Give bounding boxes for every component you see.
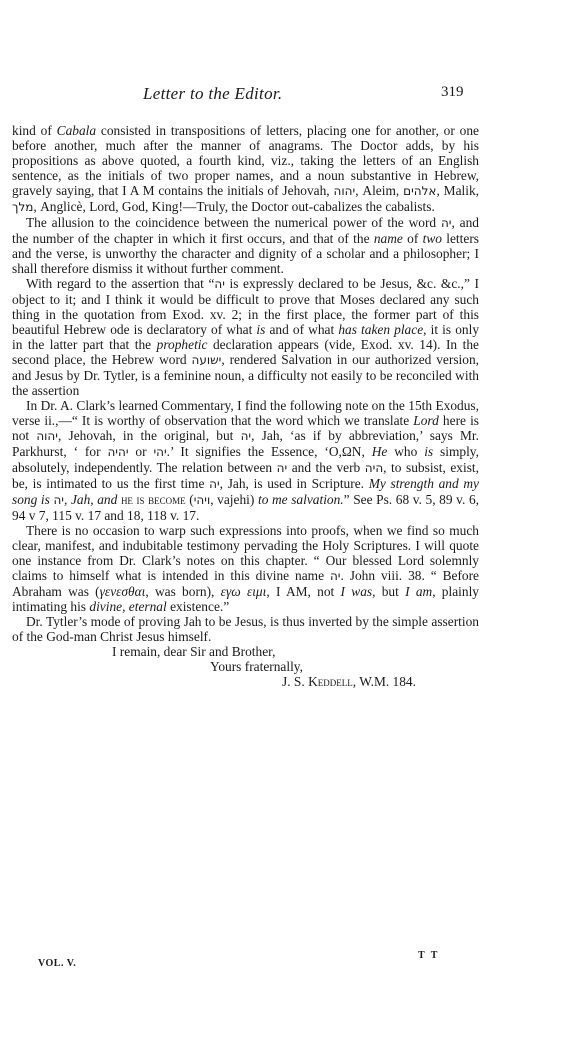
volume-label: VOL. V.: [38, 958, 76, 969]
hebrew-word: יה: [330, 569, 341, 583]
text-run: , Malik,: [436, 183, 479, 198]
running-title: Letter to the Editor.: [143, 84, 282, 104]
hebrew-word: ישועה: [192, 353, 222, 367]
text-run: , vajehi): [210, 492, 258, 507]
hebrew-word: יה: [277, 461, 288, 475]
paragraph: In Dr. A. Clark’s learned Commentary, I …: [12, 398, 479, 523]
italic-text: εγω ειμι: [221, 584, 267, 599]
italic-text: prophetic: [157, 337, 208, 352]
hebrew-word: אלהים: [403, 184, 436, 198]
text-run: The allusion to the coincidence between …: [26, 215, 441, 230]
hebrew-word: יהיה: [107, 445, 128, 459]
text-run: existence.”: [167, 599, 229, 614]
text-run: (: [186, 492, 194, 507]
text-run: .’ It signifies the Essence, ‘O,ΩN,: [167, 444, 372, 459]
italic-text: He: [372, 444, 388, 459]
italic-text: divine, eternal: [89, 599, 166, 614]
page-number: 319: [441, 84, 464, 101]
text-run: of: [403, 231, 423, 246]
hebrew-word: יה: [241, 429, 252, 443]
letter-body: kind of Cabala consisted in transpositio…: [12, 123, 479, 689]
paragraph: With regard to the assertion that “יה is…: [12, 276, 479, 398]
text-run: , Anglicè, Lord, God, King!—Truly, the D…: [33, 199, 434, 214]
paragraph: The allusion to the coincidence between …: [12, 215, 479, 276]
italic-text: is: [424, 444, 433, 459]
running-head: Letter to the Editor. 319: [0, 84, 584, 106]
italic-text: γενεσθαι: [100, 584, 146, 599]
hebrew-word: היה: [365, 461, 383, 475]
signature: J. S. Keddell, W.M. 184.: [12, 674, 479, 689]
paragraph: kind of Cabala consisted in transpositio…: [12, 123, 479, 215]
text-run: , was born),: [145, 584, 220, 599]
small-caps-text: he is become: [121, 492, 186, 507]
text-run: , I AM, not: [266, 584, 340, 599]
text-run: and of what: [265, 322, 338, 337]
italic-text: to me salvation.: [258, 492, 344, 507]
italic-text: Jah, and: [71, 492, 121, 507]
italic-text: ,: [64, 492, 71, 507]
closing-salutation: I remain, dear Sir and Brother,: [12, 644, 479, 659]
paragraph: There is no occasion to warp such expres…: [12, 523, 479, 614]
document-page: Letter to the Editor. 319 kind of Cabala…: [0, 0, 584, 1057]
text-run: In Dr. A. Clark’s learned Commentary, I …: [12, 398, 479, 428]
text-run: , Jah, is used in Scripture.: [220, 476, 369, 491]
hebrew-word: מלך: [12, 200, 33, 214]
hebrew-word: יה: [53, 493, 64, 507]
text-run: who: [387, 444, 424, 459]
text-run: , Jehovah, in the original, but: [58, 428, 241, 443]
italic-text: has taken place: [338, 322, 423, 337]
hebrew-word: ויהי: [194, 493, 210, 507]
text-run: , but: [372, 584, 405, 599]
text-run: , Aleim,: [355, 183, 403, 198]
text-run: kind of: [12, 123, 57, 138]
closing-valediction: Yours fraternally,: [12, 659, 479, 674]
italic-text: Cabala: [57, 123, 96, 138]
signature-suffix: , W.M. 184.: [353, 674, 416, 689]
italic-text: name: [374, 231, 403, 246]
italic-text: I am: [405, 584, 432, 599]
hebrew-word: יהוה: [334, 184, 356, 198]
text-run: or: [129, 444, 154, 459]
text-run: Dr. Tytler’s mode of proving Jah to be J…: [12, 614, 479, 644]
signature-initials: J. S.: [282, 674, 308, 689]
text-run: With regard to the assertion that “: [26, 276, 214, 291]
italic-text: I was: [341, 584, 373, 599]
signature-mark: T T: [418, 950, 439, 961]
italic-text: two: [423, 231, 442, 246]
hebrew-word: יה: [441, 216, 452, 230]
hebrew-word: יהוה: [36, 429, 58, 443]
hebrew-word: יה: [209, 477, 220, 491]
hebrew-word: יהי: [153, 445, 166, 459]
hebrew-word: יה: [214, 277, 225, 291]
signature-name: Keddell: [308, 674, 353, 689]
paragraph: Dr. Tytler’s mode of proving Jah to be J…: [12, 614, 479, 644]
text-run: and the verb: [287, 460, 365, 475]
italic-text: Lord: [413, 413, 439, 428]
